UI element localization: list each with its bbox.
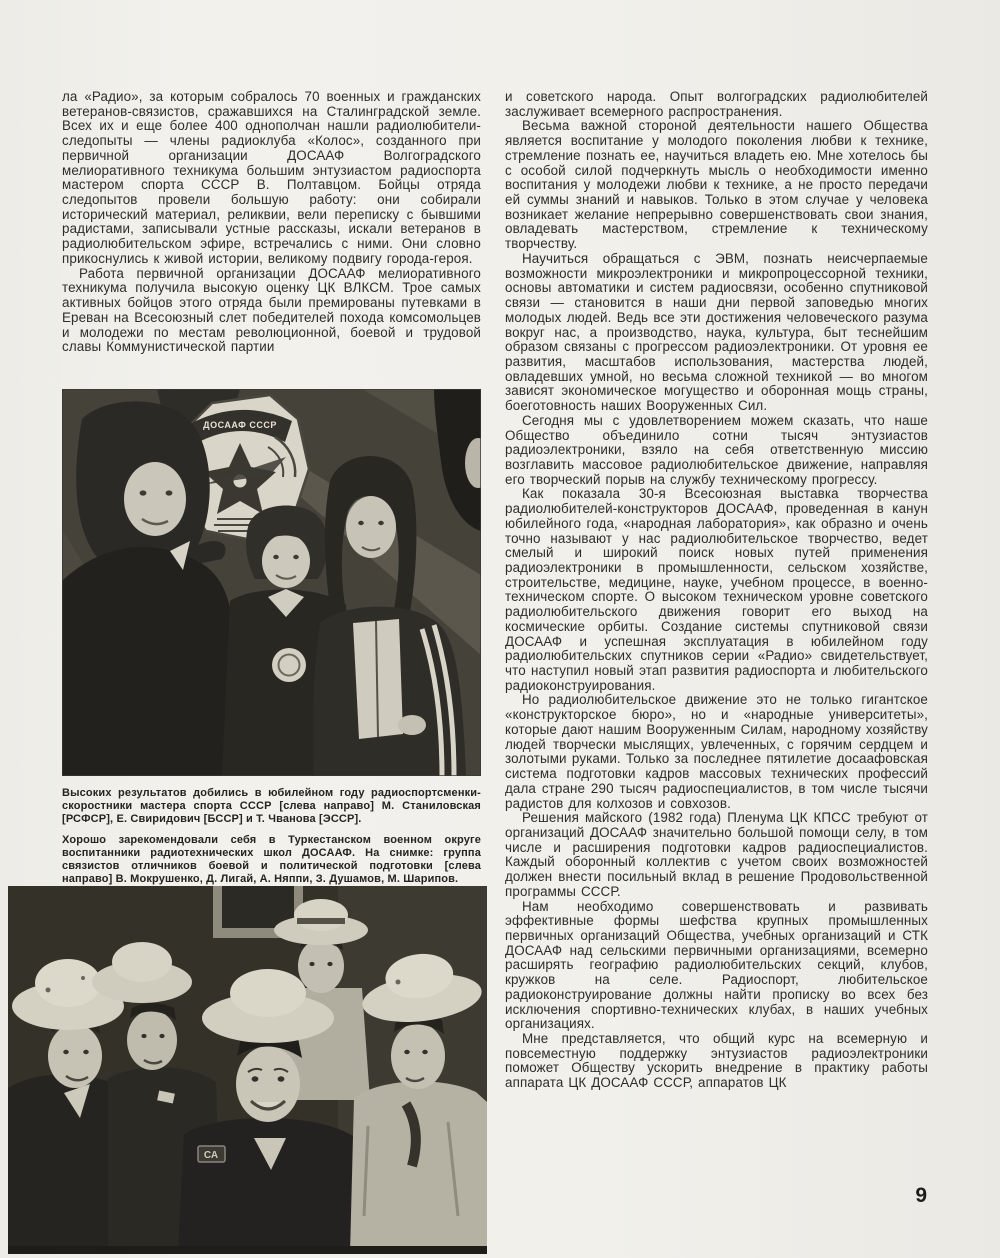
photo-bottom-edge bbox=[8, 1246, 487, 1254]
body-paragraph: Научиться обращаться с ЭВМ, познать неис… bbox=[505, 252, 928, 414]
body-paragraph: Сегодня мы с удовлетворением можем сказа… bbox=[505, 414, 928, 488]
soldier-right bbox=[350, 947, 487, 1254]
photo-soldiers: СА bbox=[8, 886, 487, 1254]
right-column: и советского народа. Опыт волгоградских … bbox=[505, 90, 928, 1091]
body-paragraph: Мне представляется, что общий курс на вс… bbox=[505, 1032, 928, 1091]
caption-sportswomen: Высоких результатов добились в юбилейном… bbox=[62, 787, 481, 826]
body-paragraph: Но радиолюбительское движение это не тол… bbox=[505, 693, 928, 811]
body-paragraph: Решения майского (1982 года) Пленума ЦК … bbox=[505, 811, 928, 899]
page-number: 9 bbox=[893, 1184, 927, 1208]
left-column: ла «Радио», за которым собралось 70 воен… bbox=[62, 90, 481, 355]
body-paragraph: Как показала 30-я Всесоюзная выставка тв… bbox=[505, 487, 928, 693]
magazine-page: ла «Радио», за которым собралось 70 воен… bbox=[0, 0, 1000, 1258]
shoulder-patch-text: СА bbox=[204, 1150, 218, 1161]
body-paragraph: ла «Радио», за которым собралось 70 воен… bbox=[62, 90, 481, 267]
body-paragraph: Работа первичной организации ДОСААФ мели… bbox=[62, 267, 481, 355]
body-paragraph: и советского народа. Опыт волгоградских … bbox=[505, 90, 928, 119]
caption-soldiers: Хорошо зарекомендовали себя в Туркестанс… bbox=[62, 834, 481, 886]
body-paragraph: Нам необходимо совершенствовать и развив… bbox=[505, 900, 928, 1032]
photo-sportswomen: ДОСААФ СССР bbox=[62, 389, 481, 776]
emblem-text: ДОСААФ СССР bbox=[203, 420, 277, 430]
body-paragraph: Весьма важной стороной деятельности наше… bbox=[505, 119, 928, 251]
